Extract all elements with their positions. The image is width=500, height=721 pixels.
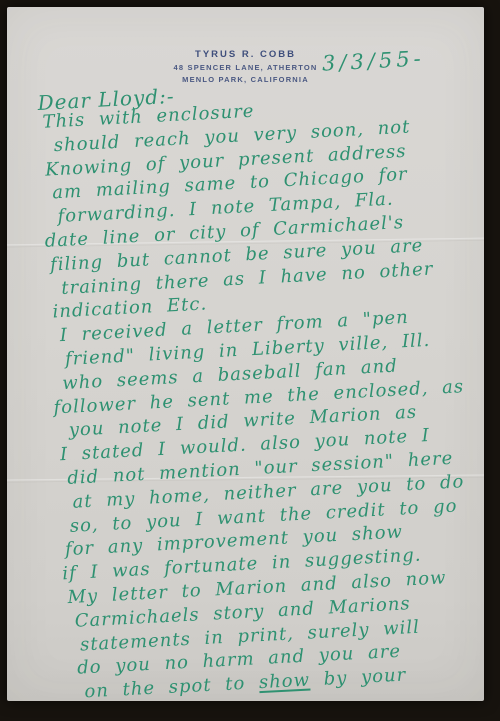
photo-background: TYRUS R. COBB 48 SPENCER LANE, ATHERTON … xyxy=(0,0,500,721)
letter-body: Dear Lloyd:- This with enclosure should … xyxy=(37,68,500,705)
letter-paper: TYRUS R. COBB 48 SPENCER LANE, ATHERTON … xyxy=(7,7,484,701)
underlined-word: show xyxy=(258,670,310,694)
letter-line-last-post: by your xyxy=(309,665,406,691)
